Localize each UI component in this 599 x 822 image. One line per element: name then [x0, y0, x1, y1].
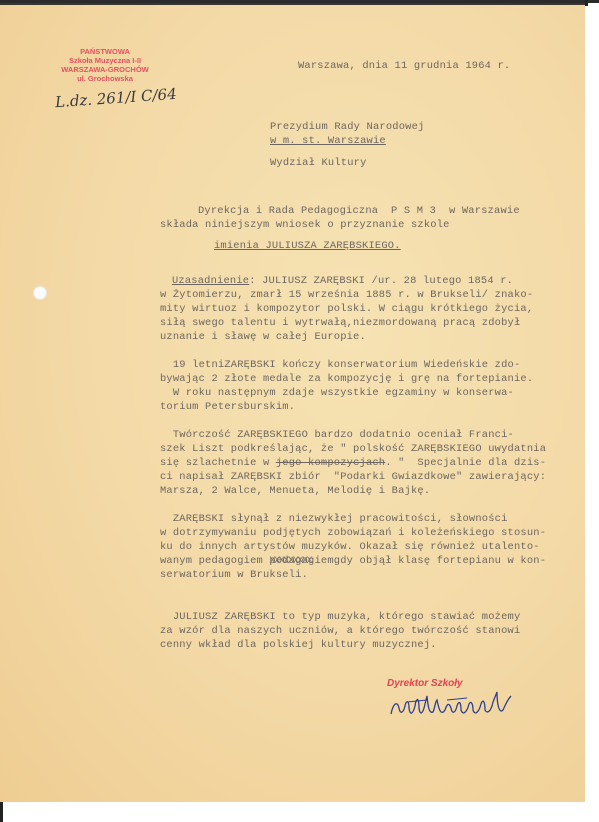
signature-icon [387, 686, 527, 722]
document-page: PAŃSTWOWA Szkoła Muzyczna I-II WARSZAWA-… [0, 3, 585, 802]
struck-text: jego kompozycjach [276, 457, 385, 469]
paragraph-line: torium Petersburskim. [160, 401, 295, 413]
text-span: . " Specjalnie dla dzis- [385, 457, 546, 469]
paragraph-line: W roku następnym zdaje wszystkie egzamin… [160, 387, 514, 399]
paragraph-line: JULIUSZ ZARĘBSKI to typ muzyka, którego … [160, 611, 520, 623]
stamp-line: WARSZAWA-GROCHÓW [45, 65, 165, 74]
text-span: wanym pedagogiem [160, 555, 269, 567]
paragraph-line: szek Liszt podkreślając, że " polskość Z… [160, 443, 546, 455]
paragraph-line: Marsza, 2 Walce, Menueta, Melodię i Bajk… [160, 485, 430, 497]
paragraph-line: siłą swego talentu i wytrwałą,niezmordow… [160, 317, 520, 329]
paragraph-line: wanym pedagogiem pedagogiemgdy objął kla… [160, 555, 546, 567]
paragraph-line: serwatorium w Brukseli. [160, 569, 308, 581]
scan-border-left [0, 800, 3, 822]
paragraph-line: ku do innych artystów muzyków. Okazał si… [160, 541, 540, 553]
punch-hole [33, 286, 47, 300]
text-span: : JULIUSZ ZARĘBSKI /ur. 28 lutego 1854 r… [249, 275, 513, 287]
stamp-line: PAŃSTWOWA [45, 47, 165, 56]
paragraph-line: Twórczość ZARĘBSKIEGO bardzo dodatnio oc… [160, 429, 514, 441]
paragraph-line: 19 letniZARĘBSKI kończy konserwatorium W… [160, 359, 520, 371]
paragraph-line: mity wirtuoz i kompozytor polski. W ciąg… [160, 303, 533, 315]
paragraph-line: ZARĘBSKI słynął z niezwykłej pracowitośc… [160, 513, 508, 525]
paragraph-line: się szlachetnie w jego kompozycjach. " S… [160, 457, 546, 469]
addressee-line-2: w m. st. Warszawie [270, 135, 386, 147]
scan-border-right [585, 0, 588, 6]
intro-line-2: składa niniejszym wniosek o przyznanie s… [160, 219, 450, 231]
paragraph-line: bywając 2 złote medale za kompozycję i g… [160, 373, 533, 385]
intro-line-1: Dyrekcja i Rada Pedagogiczna P S M 3 w W… [198, 205, 520, 217]
stamp-line: ul. Grochowska [45, 74, 165, 83]
paragraph-line: uznanie i sławę w całej Europie. [160, 331, 366, 343]
paragraph-line: za wzór dla naszych uczniów, a którego t… [160, 625, 520, 637]
paragraph-1-first-line: Uzasadnienie: JULIUSZ ZARĘBSKI /ur. 28 l… [172, 275, 513, 287]
paragraph-line: w Żytomierzu, zmarł 15 września 1885 r. … [160, 289, 533, 301]
date-line: Warszawa, dnia 11 grudnia 1964 r. [298, 60, 510, 72]
addressee-line-3: Wydział Kultury [270, 157, 367, 169]
addressee-line-1: Prezydium Rady Narodowej [270, 121, 424, 133]
paragraph-line: ci napisał ZARĘBSKI zbiór "Podarki Gwiaz… [160, 471, 546, 483]
stamp-line: Szkoła Muzyczna I-II [45, 56, 165, 65]
text-span: gdy objął klasę fortepianu w kon- [334, 555, 546, 567]
paragraph-line: cenny wkład dla polskiej kultury muzyczn… [160, 639, 437, 651]
justification-label: Uzasadnienie [172, 275, 249, 287]
text-span: się szlachetnie w [160, 457, 276, 469]
overtyped-text: pedagogiem [269, 555, 333, 567]
intro-school-name: imienia JULIUSZA ZARĘBSKIEGO. [214, 240, 401, 252]
paragraph-line: w dotrzymywaniu podjętych zobowiązań i k… [160, 527, 546, 539]
